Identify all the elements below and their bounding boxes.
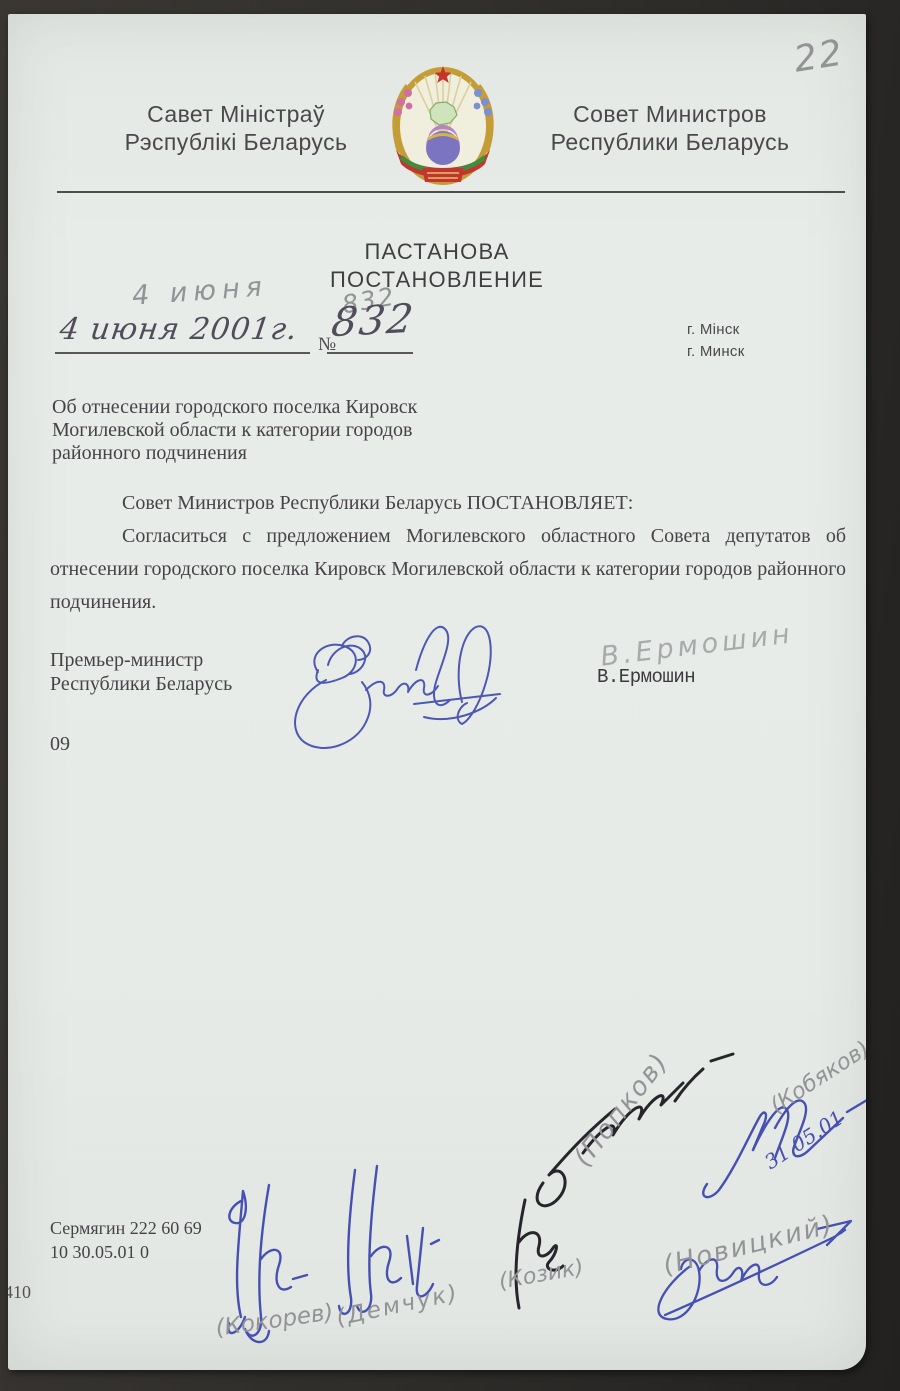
- page-number-pencil: 22: [791, 32, 847, 80]
- margin-number: 2410: [8, 1282, 31, 1303]
- number-underline: [327, 352, 413, 354]
- resolution-paragraph: Согласиться с предложением Могилевского …: [50, 520, 846, 619]
- pencil-signer-name: В.Ермошин: [599, 618, 795, 672]
- signature-ermoshin: [266, 610, 506, 780]
- belarus-coat-of-arms-icon: [388, 60, 498, 188]
- header-divider-line: [57, 191, 845, 193]
- resolution-line: Совет Министров Республики Беларусь ПОСТ…: [50, 487, 846, 520]
- footer-executor-line: Сермягин 222 60 69: [50, 1218, 202, 1239]
- handwritten-number: 832: [329, 296, 418, 346]
- document-title-belarusian: ПАСТАНОВА: [8, 238, 866, 265]
- footer-index-line: 10 30.05.01 0: [50, 1242, 149, 1263]
- org-name-belarusian: Савет Міністраў Рэспублікі Беларусь: [86, 100, 386, 156]
- place-line-russian: г. Минск: [687, 341, 745, 363]
- signer-post: Премьер-министр Республики Беларусь: [50, 648, 232, 696]
- scanned-page-background: 22 Савет Міністраў Рэспублікі Беларусь: [0, 0, 900, 1391]
- document-paper: 22 Савет Міністраў Рэспублікі Беларусь: [8, 14, 866, 1370]
- org-name-russian: Совет Министров Республики Беларусь: [520, 100, 820, 156]
- date-underline: [55, 352, 310, 354]
- handwritten-date: 4 июня 2001г.: [58, 312, 300, 347]
- typed-signer-name: В.Ермошин: [597, 666, 695, 688]
- subject-text: Об отнесении городского поселка Кировск …: [52, 396, 612, 465]
- place-line-belarusian: г. Мінск: [687, 319, 740, 341]
- body-text-block: Совет Министров Республики Беларусь ПОСТ…: [50, 487, 846, 619]
- registry-code: 09: [50, 733, 70, 756]
